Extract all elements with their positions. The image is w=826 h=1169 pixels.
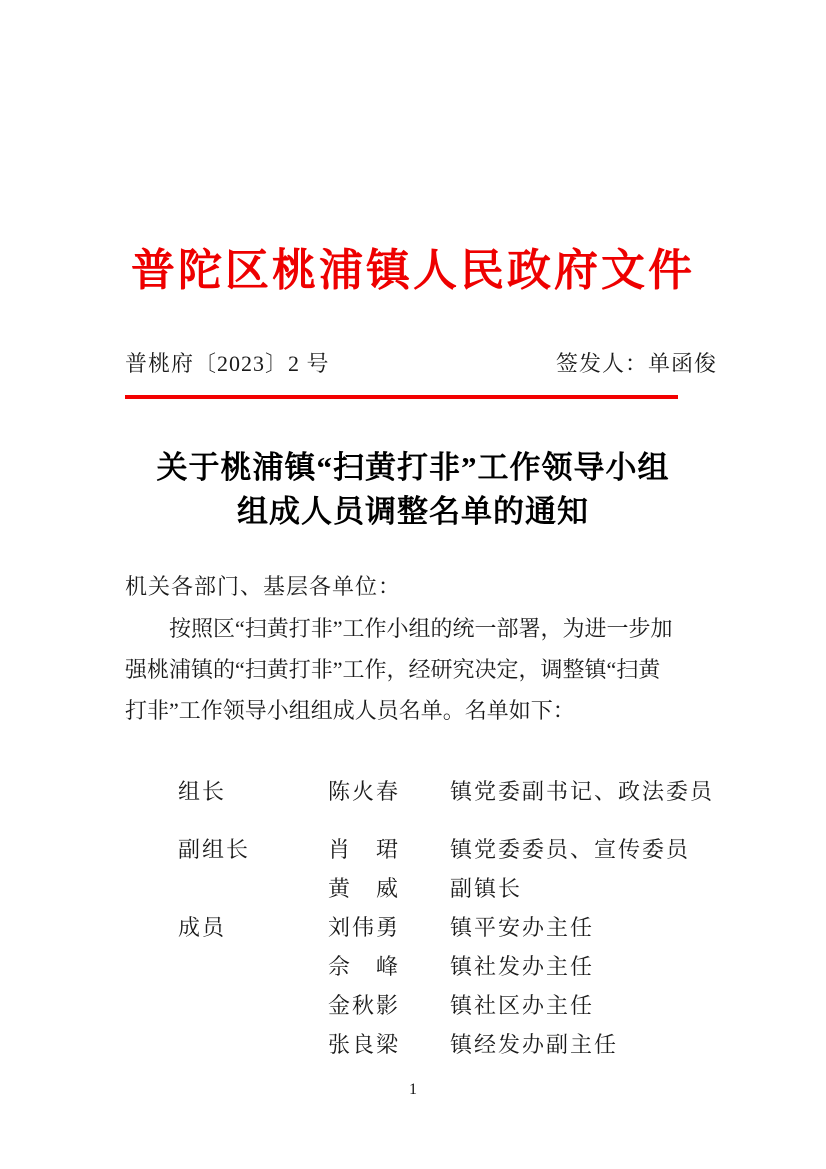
roster-position: 镇党委副书记、政法委员 [450,772,718,811]
roster-row: 组长 陈火春 镇党委副书记、政法委员 [178,772,718,811]
roster-role [178,947,328,986]
body-paragraph: 按照区“扫黄打非”工作小组的统一部署，为进一步加 强桃浦镇的“扫黄打非”工作，经… [125,608,703,731]
roster-role: 副组长 [178,830,328,869]
roster-position: 副镇长 [450,869,718,908]
roster-position: 镇经发办副主任 [450,1025,718,1064]
body-paragraph-line: 强桃浦镇的“扫黄打非”工作，经研究决定，调整镇“扫黄 [125,649,703,690]
roster-name: 张良梁 [328,1025,450,1064]
issuer-label: 签发人： [556,351,648,376]
roster-role [178,986,328,1025]
roster-role [178,1025,328,1064]
doc-number: 普桃府〔2023〕2 号 [125,351,330,377]
issuer: 签发人：单函俊 [556,351,717,377]
document-title-line2: 组成人员调整名单的通知 [0,490,826,534]
roster-row: 张良梁 镇经发办副主任 [178,1025,718,1064]
roster-name: 肖 珺 [328,830,450,869]
roster-position: 镇社区办主任 [450,986,718,1025]
roster-name: 金秋影 [328,986,450,1025]
roster-role [178,869,328,908]
roster-name: 陈火春 [328,772,450,811]
issuer-name: 单函俊 [648,351,717,376]
document-title-line1: 关于桃浦镇“扫黄打非”工作领导小组 [0,446,826,490]
roster-position: 镇党委委员、宣传委员 [450,830,718,869]
salutation: 机关各部门、基层各单位： [125,566,401,607]
roster-position: 镇社发办主任 [450,947,718,986]
roster-name: 黄 威 [328,869,450,908]
roster-role: 组长 [178,772,328,811]
red-divider-line [125,395,678,399]
red-header-title: 普陀区桃浦镇人民政府文件 [0,246,826,296]
roster-role: 成员 [178,908,328,947]
roster-row: 金秋影 镇社区办主任 [178,986,718,1025]
roster-position: 镇平安办主任 [450,908,718,947]
roster-name: 刘伟勇 [328,908,450,947]
document-title: 关于桃浦镇“扫黄打非”工作领导小组 组成人员调整名单的通知 [0,446,826,534]
roster-row: 佘 峰 镇社发办主任 [178,947,718,986]
roster-row: 副组长 肖 珺 镇党委委员、宣传委员 [178,830,718,869]
body-paragraph-line: 打非”工作领导小组组成人员名单。名单如下： [125,690,703,731]
body-paragraph-line: 按照区“扫黄打非”工作小组的统一部署，为进一步加 [125,608,703,649]
roster-row: 黄 威 副镇长 [178,869,718,908]
document-page: 普陀区桃浦镇人民政府文件 普桃府〔2023〕2 号 签发人：单函俊 关于桃浦镇“… [0,0,826,1169]
page-number: 1 [0,1080,826,1100]
roster-list: 组长 陈火春 镇党委副书记、政法委员 副组长 肖 珺 镇党委委员、宣传委员 黄 … [178,772,718,1064]
doc-number-row: 普桃府〔2023〕2 号 签发人：单函俊 [125,351,717,377]
roster-name: 佘 峰 [328,947,450,986]
roster-row: 成员 刘伟勇 镇平安办主任 [178,908,718,947]
